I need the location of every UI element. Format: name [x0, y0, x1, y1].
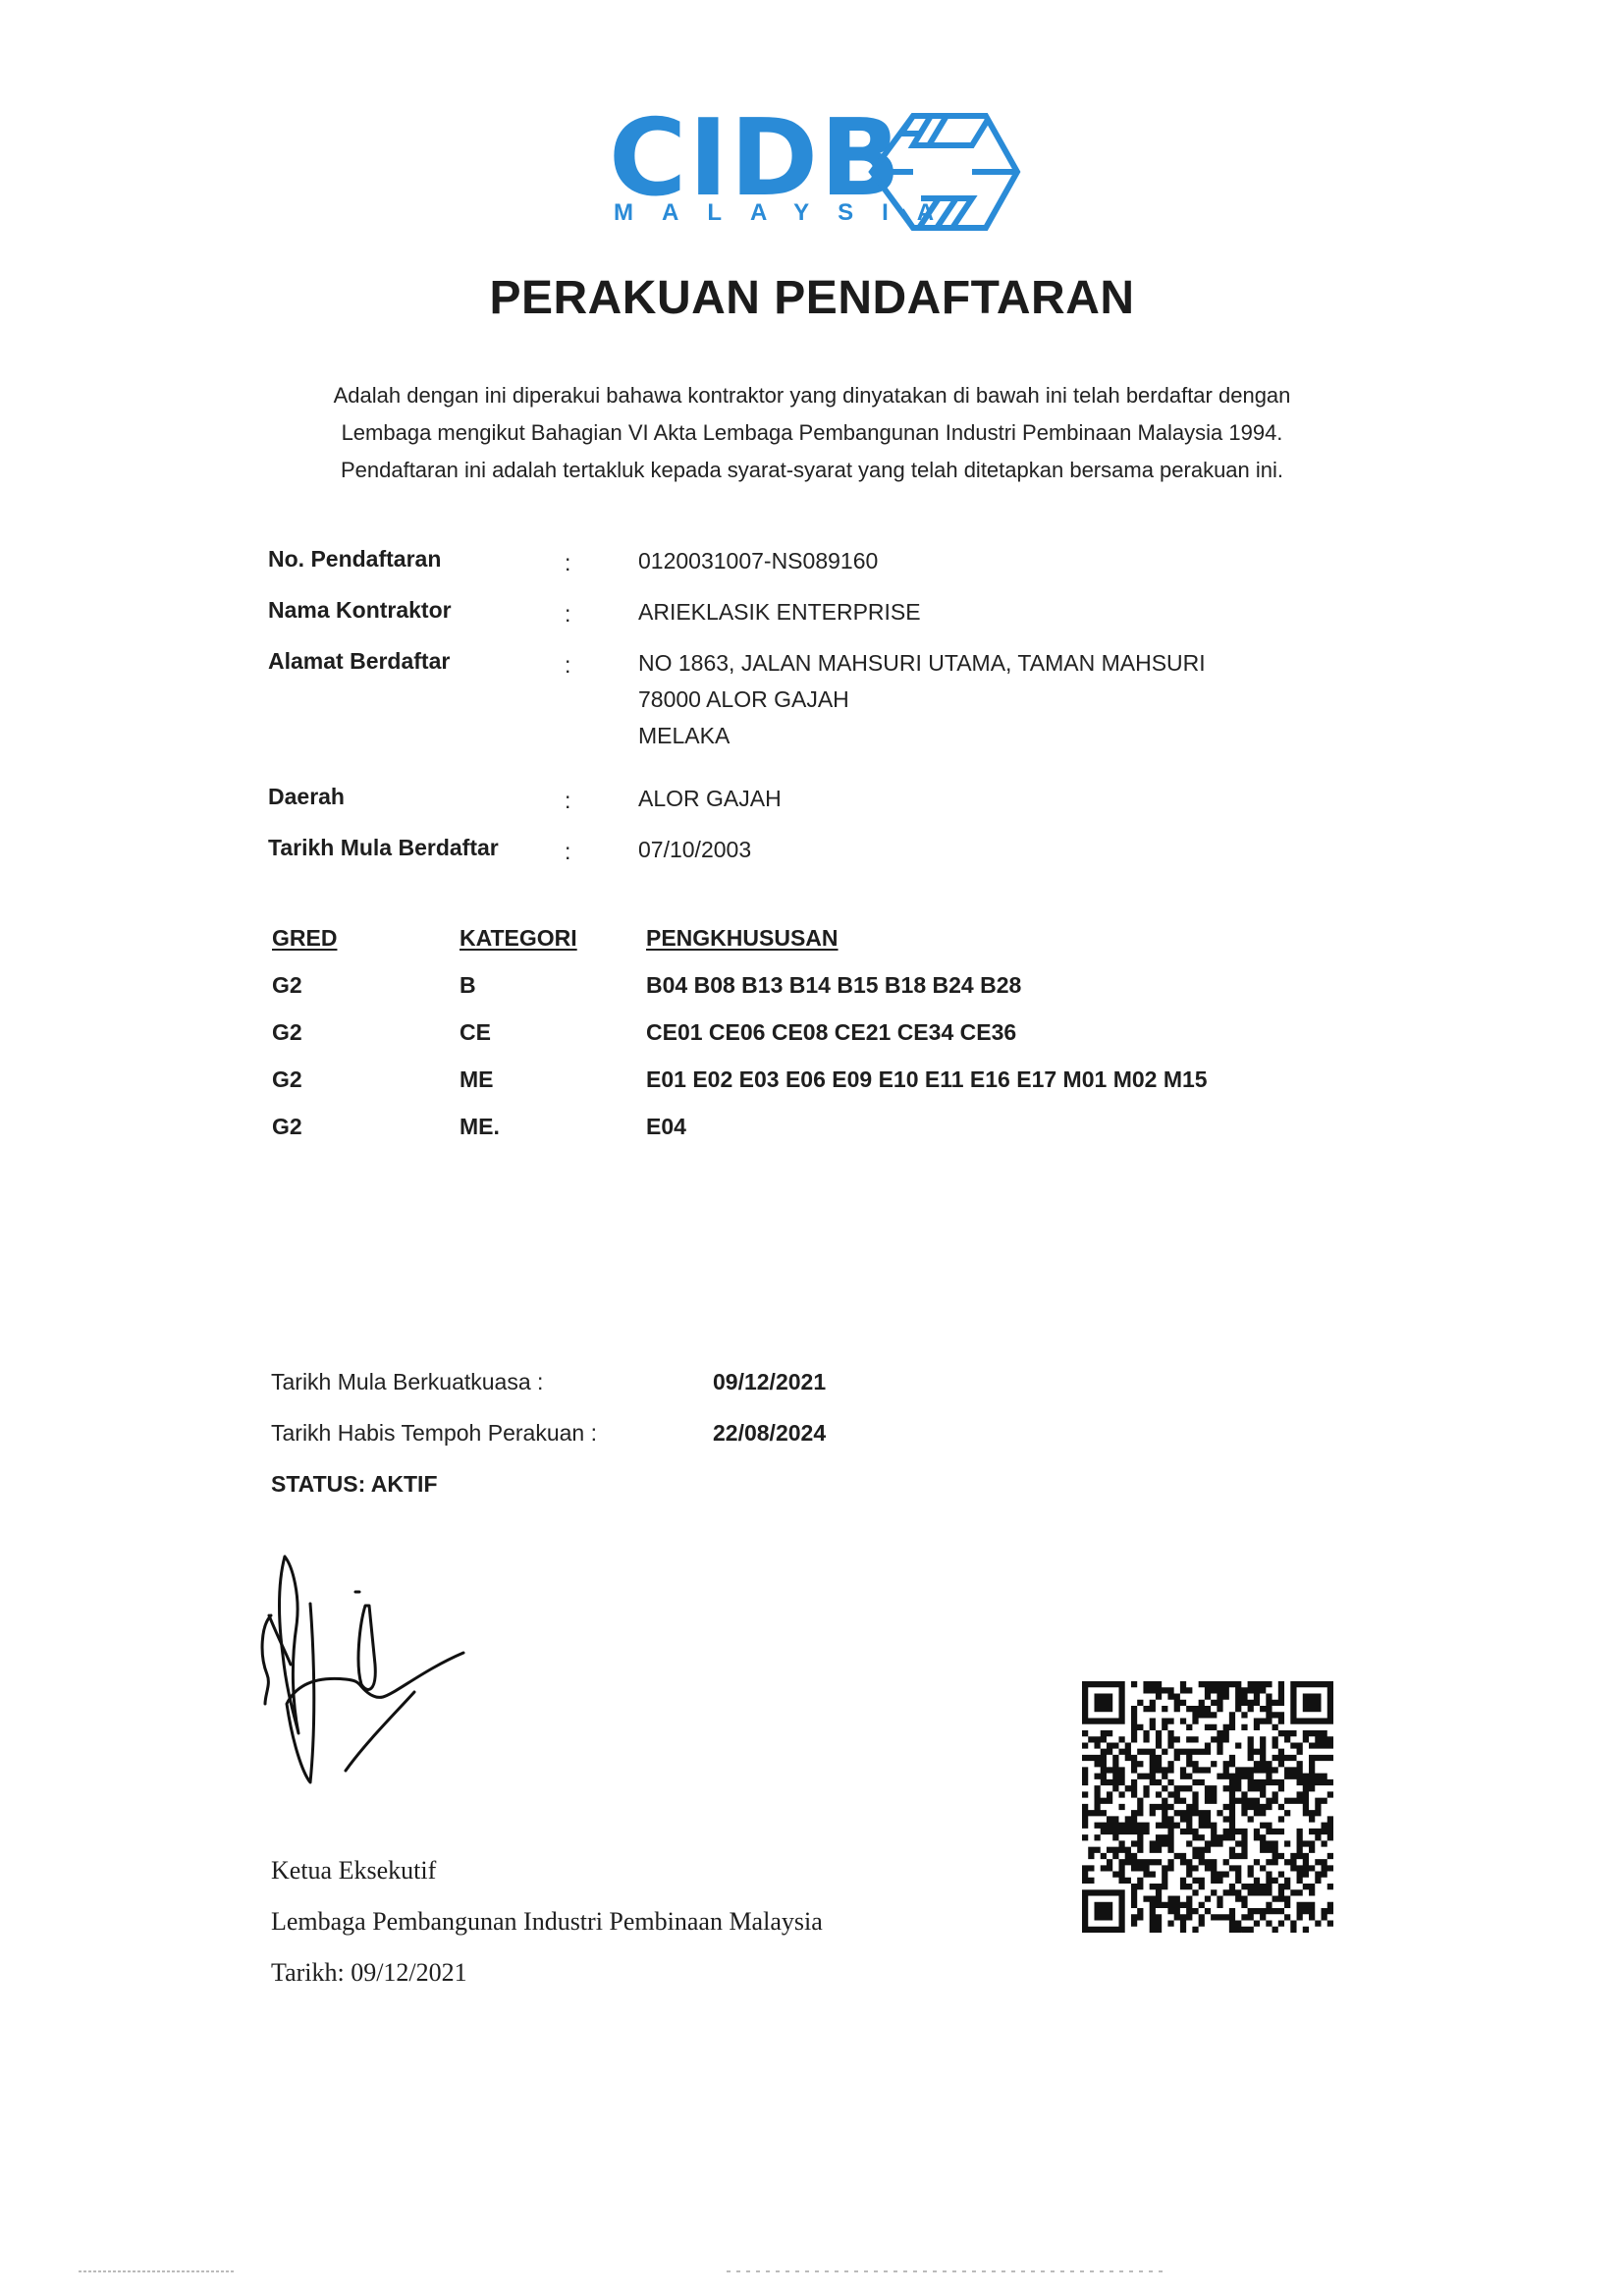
grade-cell: G2 [272, 1114, 302, 1140]
registration-no-value: 0120031007-NS089160 [638, 548, 878, 574]
separator: : [565, 550, 570, 576]
address-line-3: MELAKA [638, 723, 730, 749]
effective-date-value: 09/12/2021 [713, 1369, 826, 1395]
separator: : [565, 839, 570, 865]
signature-icon [257, 1547, 552, 1812]
separator: : [565, 601, 570, 628]
cidb-hexagon-logo-icon [862, 108, 1025, 236]
header-gred: GRED [272, 925, 337, 952]
address-label: Alamat Berdaftar [268, 648, 450, 675]
address-line-1: NO 1863, JALAN MAHSURI UTAMA, TAMAN MAHS… [638, 650, 1206, 677]
cidb-logo-wordmark: CIDB [609, 106, 902, 212]
separator: : [565, 788, 570, 814]
separator: : [565, 652, 570, 679]
registered-since-value: 07/10/2003 [638, 837, 751, 863]
contractor-name-value: ARIEKLASIK ENTERPRISE [638, 599, 921, 626]
page-title: PERAKUAN PENDAFTARAN [0, 271, 1624, 325]
specialization-cell: E04 [646, 1114, 686, 1140]
district-label: Daerah [268, 784, 345, 810]
qr-code-icon [1082, 1681, 1333, 1933]
grade-cell: G2 [272, 972, 302, 999]
signatory-organization: Lembaga Pembangunan Industri Pembinaan M… [271, 1907, 823, 1937]
category-cell: ME. [460, 1114, 500, 1140]
category-cell: B [460, 972, 476, 999]
specialization-cell: CE01 CE06 CE08 CE21 CE34 CE36 [646, 1019, 1016, 1046]
header-kategori: KATEGORI [460, 925, 577, 952]
intro-line-2: Lembaga mengikut Bahagian VI Akta Lembag… [0, 422, 1624, 444]
scan-artifact [39, 2269, 1218, 2274]
grade-cell: G2 [272, 1066, 302, 1093]
status-badge: STATUS: AKTIF [271, 1471, 438, 1498]
registration-no-label: No. Pendaftaran [268, 546, 441, 573]
specialization-cell: E01 E02 E03 E06 E09 E10 E11 E16 E17 M01 … [646, 1066, 1208, 1093]
signatory-date: Tarikh: 09/12/2021 [271, 1958, 467, 1988]
contractor-name-label: Nama Kontraktor [268, 597, 452, 624]
intro-line-1: Adalah dengan ini diperakui bahawa kontr… [0, 385, 1624, 407]
intro-line-3: Pendaftaran ini adalah tertakluk kepada … [0, 460, 1624, 481]
grade-cell: G2 [272, 1019, 302, 1046]
signatory-title: Ketua Eksekutif [271, 1856, 436, 1886]
effective-date-label: Tarikh Mula Berkuatkuasa : [271, 1369, 543, 1395]
category-cell: ME [460, 1066, 494, 1093]
category-cell: CE [460, 1019, 491, 1046]
expiry-date-label: Tarikh Habis Tempoh Perakuan : [271, 1420, 597, 1447]
address-line-2: 78000 ALOR GAJAH [638, 686, 849, 713]
registered-since-label: Tarikh Mula Berdaftar [268, 835, 499, 861]
expiry-date-value: 22/08/2024 [713, 1420, 826, 1447]
specialization-cell: B04 B08 B13 B14 B15 B18 B24 B28 [646, 972, 1021, 999]
header-pengkhususan: PENGKHUSUSAN [646, 925, 839, 952]
district-value: ALOR GAJAH [638, 786, 782, 812]
